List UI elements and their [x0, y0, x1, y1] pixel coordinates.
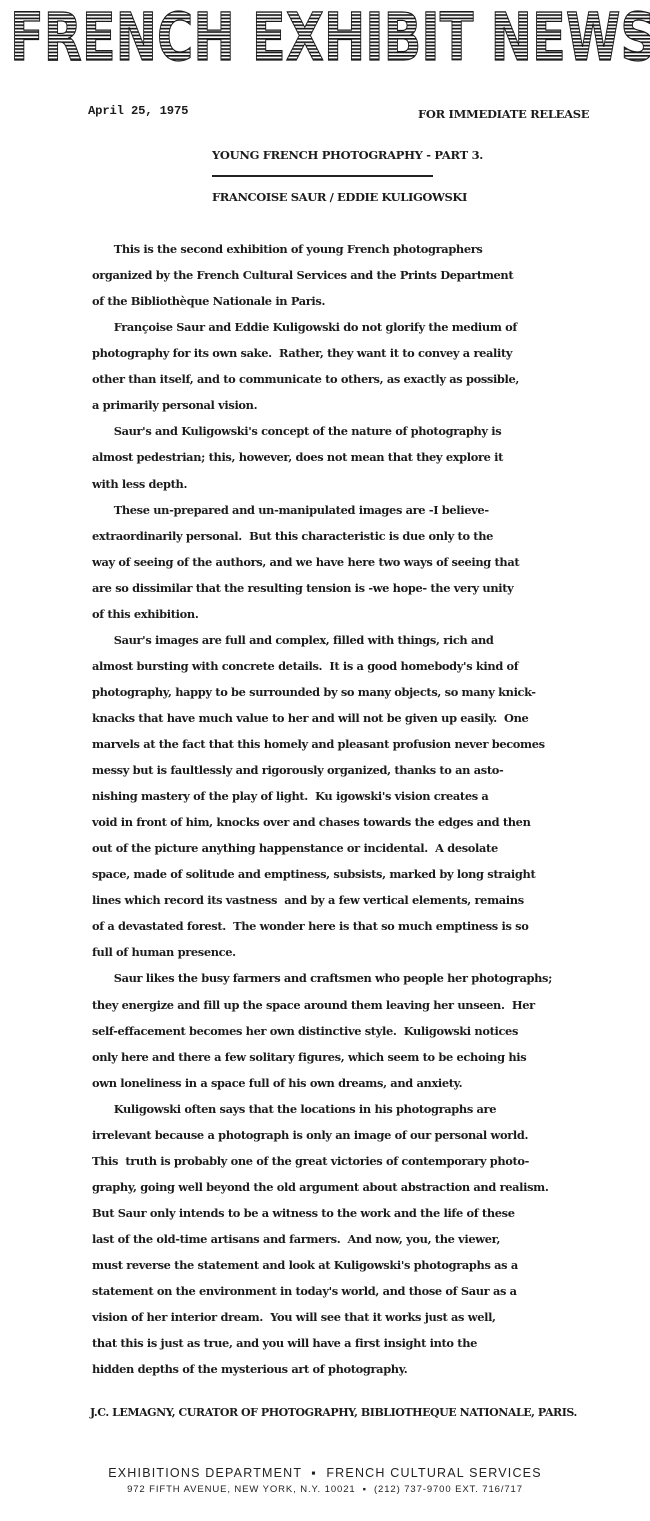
exhibition-title: YOUNG FRENCH PHOTOGRAPHY - PART 3.	[212, 148, 483, 162]
body-line: space, made of solitude and emptiness, s…	[92, 867, 535, 881]
footer-address: 972 FIFTH AVENUE, NEW YORK, N.Y. 10021 ▪…	[0, 1484, 650, 1495]
body-line: These un-prepared and un-manipulated ima…	[92, 503, 489, 517]
body-line: This truth is probably one of the great …	[92, 1154, 529, 1168]
body-line: full of human presence.	[92, 945, 236, 959]
body-line: extraordinarily personal. But this chara…	[92, 529, 493, 543]
body-line: almost pedestrian; this, however, does n…	[92, 450, 503, 464]
body-line: This is the second exhibition of young F…	[92, 242, 482, 256]
body-line: are so dissimilar that the resulting ten…	[92, 581, 513, 595]
body-line: almost bursting with concrete details. I…	[92, 659, 518, 673]
exhibition-artists: FRANCOISE SAUR / EDDIE KULIGOWSKI	[212, 190, 467, 204]
body-line: lines which record its vastness and by a…	[92, 893, 524, 907]
body-line: with less depth.	[92, 477, 187, 491]
footer-department: EXHIBITIONS DEPARTMENT ▪ FRENCH CULTURAL…	[0, 1466, 650, 1480]
body-line: self-effacement becomes her own distinct…	[92, 1024, 518, 1038]
release-notice: FOR IMMEDIATE RELEASE	[418, 107, 589, 121]
body-line: Kuligowski often says that the locations…	[92, 1102, 496, 1116]
body-line: marvels at the fact that this homely and…	[92, 737, 545, 751]
curator-signature: J.C. LEMAGNY, CURATOR OF PHOTOGRAPHY, BI…	[90, 1406, 577, 1419]
body-line: Saur's images are full and complex, fill…	[92, 633, 494, 647]
body-line: knacks that have much value to her and w…	[92, 711, 528, 725]
body-line: nishing mastery of the play of light. Ku…	[92, 789, 488, 803]
body-line: of a devastated forest. The wonder here …	[92, 919, 528, 933]
body-line: a primarily personal vision.	[92, 398, 257, 412]
body-line: photography, happy to be surrounded by s…	[92, 685, 536, 699]
body-line: that this is just as true, and you will …	[92, 1336, 477, 1350]
svg-text:FRENCH EXHIBIT NEWS: FRENCH EXHIBIT NEWS	[10, 4, 650, 66]
body-line: other than itself, and to communicate to…	[92, 372, 519, 386]
masthead-logo: FRENCH EXHIBIT NEWS	[8, 4, 650, 66]
body-line: Françoise Saur and Eddie Kuligowski do n…	[92, 320, 517, 334]
body-line: void in front of him, knocks over and ch…	[92, 815, 531, 829]
body-line: out of the picture anything happenstance…	[92, 841, 498, 855]
body-line: they energize and fill up the space arou…	[92, 998, 535, 1012]
body-line: own loneliness in a space full of his ow…	[92, 1076, 462, 1090]
body-line: messy but is faultlessly and rigorously …	[92, 763, 503, 777]
body-line: Saur's and Kuligowski's concept of the n…	[92, 424, 501, 438]
body-line: organized by the French Cultural Service…	[92, 268, 513, 282]
body-line: graphy, going well beyond the old argume…	[92, 1180, 549, 1194]
body-line: last of the old-time artisans and farmer…	[92, 1232, 500, 1246]
body-line: of this exhibition.	[92, 607, 198, 621]
body-line: only here and there a few solitary figur…	[92, 1050, 526, 1064]
body-line: irrelevant because a photograph is only …	[92, 1128, 528, 1142]
body-line: must reverse the statement and look at K…	[92, 1258, 518, 1272]
body-line: way of seeing of the authors, and we hav…	[92, 555, 519, 569]
body-line: statement on the environment in today's …	[92, 1284, 517, 1298]
body-line: hidden depths of the mysterious art of p…	[92, 1362, 407, 1376]
striped-masthead-icon: FRENCH EXHIBIT NEWS	[8, 4, 650, 66]
body-line: vision of her interior dream. You will s…	[92, 1310, 496, 1324]
body-line: of the Bibliothèque Nationale in Paris.	[92, 294, 325, 308]
title-underline-divider	[212, 175, 433, 177]
press-release-date: April 25, 1975	[88, 104, 188, 118]
body-line: Saur likes the busy farmers and craftsme…	[92, 971, 552, 985]
body-line: But Saur only intends to be a witness to…	[92, 1206, 515, 1220]
body-line: photography for its own sake. Rather, th…	[92, 346, 512, 360]
